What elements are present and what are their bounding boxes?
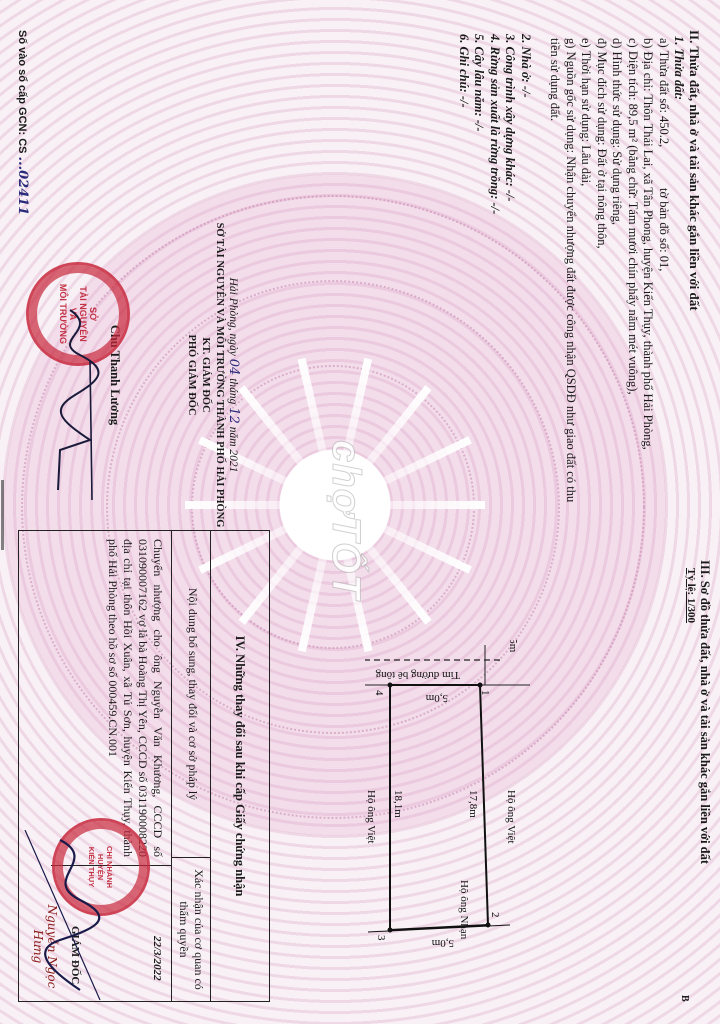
usage-form: d) Hình thức sử dụng: Sử dụng riêng,: [609, 38, 625, 550]
point-1: 1: [479, 690, 491, 696]
confirmation-date: 22/3/2022: [151, 936, 163, 981]
edge-2-3: 5,0m: [431, 937, 454, 949]
parcel-number: a) Thửa đất số: 450.2,tờ bản đồ số: 01,: [656, 38, 672, 550]
page-marker: B: [679, 995, 690, 1002]
item-house: 2. Nhà ở: -/-: [518, 34, 534, 550]
usage-purpose: đ) Mục đích sử dụng: Đất ở tại nông thôn…: [594, 38, 610, 550]
diagram-scale: Tỷ lệ: 1/300: [685, 568, 697, 1000]
change-content: Chuyển nhượng cho ông Nguyễn Văn Khương,…: [51, 531, 171, 866]
section-3-heading: III. Sơ đồ thửa đất, nhà ở và tài sản kh…: [697, 560, 712, 1000]
item-other-construction: 3. Công trình xây dựng khác: -/-: [502, 34, 518, 550]
neighbor-left: Hộ ông Việt: [365, 790, 377, 844]
road-label: Tim đường bê tông: [375, 669, 460, 681]
edge-1-4: 5,0m: [425, 692, 448, 704]
point-3: 3: [375, 935, 387, 941]
confirmation-signature-icon: [20, 830, 120, 1010]
neighbor-right: Hộ ông Việt: [505, 790, 517, 844]
signature-scribble-icon: [30, 300, 120, 500]
changes-table-header: Nội dung bổ sung, thay đổi và cơ sở pháp…: [171, 531, 210, 1001]
col-confirmation-header: Xác nhận của cơ quan có thẩm quyền: [172, 858, 210, 1001]
section-parcel-diagram: III. Sơ đồ thửa đất, nhà ở và tài sản kh…: [685, 560, 712, 1000]
usage-origin-cont: tiền sử dụng đất.: [547, 38, 563, 550]
scan-artifact: [1, 480, 4, 550]
land-parcel-subheading: 1. Thửa đất:: [671, 36, 687, 550]
edge-3-4: 18,1m: [392, 790, 404, 818]
gcn-registry-number: Số vào sổ cấp GCN: CS ...02411: [15, 30, 30, 215]
point-4: 4: [373, 690, 385, 696]
map-sheet-number: tờ bản đồ số: 01,: [657, 188, 671, 271]
issuer-signature-block: Hải Phòng, ngày 04 tháng 12 năm 2021 SỞ …: [108, 220, 240, 530]
land-certificate-page: chợTỐT II. Thửa đất, nhà ở và tài sản kh…: [0, 0, 720, 1024]
item-notes: 6. Ghi chú: -/-: [456, 34, 472, 550]
col-content-header: Nội dung bổ sung, thay đổi và cơ sở pháp…: [172, 531, 210, 858]
other-assets-list: 2. Nhà ở: -/- 3. Công trình xây dựng khá…: [456, 30, 534, 550]
section-land-info: II. Thửa đất, nhà ở và tài sản khác gắn …: [456, 30, 703, 550]
usage-origin: g) Nguồn gốc sử dụng: Nhận chuyển nhượng…: [563, 38, 579, 550]
road-offset-label: 1,5m: [507, 640, 519, 653]
issuing-organization: SỞ TÀI NGUYÊN VÀ MÔI TRƯỜNG THÀNH PHỐ HẢ…: [212, 220, 226, 530]
parcel-diagram: 1,5m Tim đường bê tông 1 2 3 4 5,0m 17,8…: [360, 640, 540, 980]
issue-month: 12: [226, 407, 241, 424]
watermark: chợTỐT: [323, 440, 368, 600]
issue-date: Hải Phòng, ngày 04 tháng 12 năm 2021: [226, 220, 240, 530]
section-4-heading: IV. Những thay đổi sau khi cấp Giấy chứn…: [210, 531, 269, 1001]
parcel-area: c) Diện tích: 89,5 m² (bằng chữ: Tám mươ…: [625, 38, 641, 550]
edge-1-2: 17,8m: [467, 790, 479, 818]
point-2: 2: [489, 912, 501, 918]
item-production-forest: 4. Rừng sản xuất là rừng trồng: -/-: [487, 34, 503, 550]
signer-title: PHÓ GIÁM ĐỐC: [184, 220, 198, 530]
signer-authority: KT. GIÁM ĐỐC: [198, 220, 212, 530]
issue-day: 04: [226, 359, 241, 376]
neighbor-bottom: Hộ ông Nhạn: [458, 880, 470, 939]
parcel-address: b) Địa chỉ: Thôn Thái Lai, xã Tân Phong,…: [640, 38, 656, 550]
item-perennial-trees: 5. Cây lâu năm: -/-: [471, 34, 487, 550]
section-2-heading: II. Thửa đất, nhà ở và tài sản khác gắn …: [687, 30, 703, 550]
usage-term: e) Thời hạn sử dụng: Lâu dài,: [578, 38, 594, 550]
